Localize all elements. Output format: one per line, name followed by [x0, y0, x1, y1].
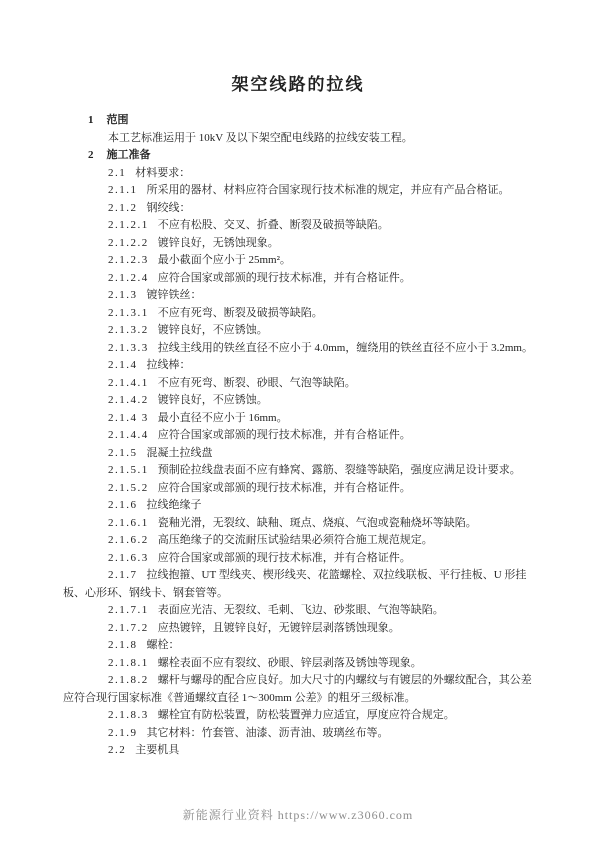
clause-text: 不应有死弯、断裂、砂眼、气泡等缺陷。 — [158, 377, 356, 389]
document-paragraph: 2.1.5混凝土拉线盘 — [63, 445, 533, 463]
clause-number: 2.1.8.3 — [108, 709, 149, 721]
clause-text: 螺栓： — [147, 639, 180, 651]
clause-number: 2.1.3.1 — [108, 307, 149, 319]
clause-number: 2.1.2.1 — [108, 219, 149, 231]
document-paragraph: 2.1.6.3应符合国家或部颁的现行技术标准，并有合格证件。 — [63, 550, 533, 568]
clause-text: 最小直径不应小于 16mm。 — [158, 412, 288, 424]
document-paragraph: 2.1.4.1不应有死弯、断裂、砂眼、气泡等缺陷。 — [63, 375, 533, 393]
document-paragraph: 2.1.3.1不应有死弯、断裂及破损等缺陷。 — [63, 305, 533, 323]
clause-number: 2.1.2 — [108, 202, 138, 214]
document-paragraph: 2.1.2.2镀锌良好，无锈蚀现象。 — [63, 235, 533, 253]
clause-number: 2.1.4 3 — [108, 412, 149, 424]
document-paragraph: 2.1.2.1不应有松股、交叉、折叠、断裂及破损等缺陷。 — [63, 217, 533, 235]
document-paragraph: 2.1.5.1预制砼拉线盘表面不应有蜂窝、露筋、裂缝等缺陷，强度应满足设计要求。 — [63, 462, 533, 480]
document-paragraph: 2.1.8.1螺栓表面不应有裂纹、砂眼、锌层剥落及锈蚀等现象。 — [63, 655, 533, 673]
clause-number: 2.1.1 — [108, 184, 138, 196]
clause-text: 施工准备 — [107, 149, 151, 161]
clause-number: 2.2 — [108, 744, 126, 756]
document-paragraph: 2.1.8.3螺栓宜有防松装置，防松装置弹力应适宜，厚度应符合规定。 — [63, 707, 533, 725]
document-paragraph: 2.1.8螺栓： — [63, 637, 533, 655]
document-paragraph: 2.1.8.2螺杆与螺母的配合应良好。加大尺寸的内螺纹与有镀层的外螺纹配合，其公… — [63, 672, 533, 707]
document-paragraph: 2.1.9其它材料：竹套管、油漆、沥青油、玻璃丝布等。 — [63, 725, 533, 743]
clause-text: 所采用的器材、材料应符合国家现行技术标准的规定，并应有产品合格证。 — [147, 184, 510, 196]
clause-text: 范围 — [107, 114, 129, 126]
document-paragraph: 2.1.7.2应热镀锌，且镀锌良好，无镀锌层剥落锈蚀现象。 — [63, 620, 533, 638]
clause-text: 镀锌良好，无锈蚀现象。 — [158, 237, 279, 249]
clause-text: 预制砼拉线盘表面不应有蜂窝、露筋、裂缝等缺陷，强度应满足设计要求。 — [158, 464, 521, 476]
clause-number: 2.1.6.3 — [108, 552, 149, 564]
clause-number: 2.1.6 — [108, 499, 138, 511]
document-paragraph: 1范围 — [63, 112, 533, 130]
clause-number: 2.1 — [108, 167, 126, 179]
clause-text: 镀锌良好，不应锈蚀。 — [158, 394, 268, 406]
clause-number: 2.1.4.4 — [108, 429, 149, 441]
clause-number: 2.1.3 — [108, 289, 138, 301]
document-paragraph: 本工艺标准运用于 10kV 及以下架空配电线路的拉线安装工程。 — [63, 130, 533, 148]
document-paragraph: 2.1.3.3拉线主线用的铁丝直径不应小于 4.0mm，缠绕用的铁丝直径不应小于… — [63, 340, 533, 358]
clause-text: 镀锌铁丝： — [147, 289, 202, 301]
clause-text: 拉线棒： — [147, 359, 191, 371]
clause-text: 其它材料：竹套管、油漆、沥青油、玻璃丝布等。 — [147, 727, 389, 739]
clause-text: 应符合国家或部颁的现行技术标准，并有合格证件。 — [158, 552, 411, 564]
clause-number: 2.1.8.1 — [108, 657, 149, 669]
clause-number: 2.1.9 — [108, 727, 138, 739]
clause-text: 表面应光洁、无裂纹、毛刺、飞边、砂浆眼、气泡等缺陷。 — [158, 604, 444, 616]
document-paragraph: 2.2主要机具 — [63, 742, 533, 760]
clause-number: 2.1.4 — [108, 359, 138, 371]
clause-number: 2.1.2.2 — [108, 237, 149, 249]
document-paragraph: 2.1材料要求： — [63, 165, 533, 183]
page-title: 架空线路的拉线 — [63, 74, 533, 96]
clause-text: 应符合国家或部颁的现行技术标准，并有合格证件。 — [158, 429, 411, 441]
document-paragraph: 2.1.4.2镀锌良好，不应锈蚀。 — [63, 392, 533, 410]
clause-number: 2.1.5 — [108, 447, 138, 459]
clause-number: 2.1.2.3 — [108, 254, 149, 266]
clause-text: 不应有松股、交叉、折叠、断裂及破损等缺陷。 — [158, 219, 389, 231]
clause-text: 瓷釉光滑，无裂纹、缺釉、斑点、烧痕、气泡或瓷釉烧坏等缺陷。 — [158, 517, 477, 529]
document-paragraph: 2.1.2.4应符合国家或部颁的现行技术标准，并有合格证件。 — [63, 270, 533, 288]
clause-number: 2.1.3.2 — [108, 324, 149, 336]
document-paragraph: 2.1.7拉线抱箍、UT 型线夹、楔形线夹、花篮螺栓、双拉线联板、平行挂板、U … — [63, 567, 533, 602]
clause-text: 应热镀锌，且镀锌良好，无镀锌层剥落锈蚀现象。 — [158, 622, 400, 634]
clause-text: 不应有死弯、断裂及破损等缺陷。 — [158, 307, 323, 319]
clause-number: 2.1.6.2 — [108, 534, 149, 546]
document-body: 1范围本工艺标准运用于 10kV 及以下架空配电线路的拉线安装工程。2施工准备2… — [63, 112, 533, 760]
clause-text: 材料要求： — [135, 167, 190, 179]
clause-text: 镀锌良好，不应锈蚀。 — [158, 324, 268, 336]
document-page: 架空线路的拉线 1范围本工艺标准运用于 10kV 及以下架空配电线路的拉线安装工… — [0, 0, 596, 842]
clause-number: 2.1.6.1 — [108, 517, 149, 529]
document-paragraph: 2.1.2钢绞线： — [63, 200, 533, 218]
clause-text: 螺栓宜有防松装置，防松装置弹力应适宜，厚度应符合规定。 — [158, 709, 455, 721]
footer-watermark: 新能源行业资料 https://www.z3060.com — [0, 806, 596, 823]
document-paragraph: 2.1.4 3最小直径不应小于 16mm。 — [63, 410, 533, 428]
clause-text: 混凝土拉线盘 — [147, 447, 213, 459]
document-paragraph: 2.1.6拉线绝缘子 — [63, 497, 533, 515]
clause-text: 拉线主线用的铁丝直径不应小于 4.0mm，缠绕用的铁丝直径不应小于 3.2mm。 — [158, 342, 533, 354]
document-content: 架空线路的拉线 1范围本工艺标准运用于 10kV 及以下架空配电线路的拉线安装工… — [63, 74, 533, 760]
clause-number: 2 — [88, 149, 94, 161]
clause-number: 2.1.5.1 — [108, 464, 149, 476]
document-paragraph: 2.1.7.1表面应光洁、无裂纹、毛刺、飞边、砂浆眼、气泡等缺陷。 — [63, 602, 533, 620]
document-paragraph: 2.1.2.3最小截面个应小于 25mm²。 — [63, 252, 533, 270]
clause-number: 1 — [88, 114, 94, 126]
document-paragraph: 2.1.4.4应符合国家或部颁的现行技术标准，并有合格证件。 — [63, 427, 533, 445]
clause-text: 拉线绝缘子 — [147, 499, 202, 511]
document-paragraph: 2.1.5.2应符合国家或部颁的现行技术标准，并有合格证件。 — [63, 480, 533, 498]
document-paragraph: 2.1.4拉线棒： — [63, 357, 533, 375]
clause-text: 应符合国家或部颁的现行技术标准，并有合格证件。 — [158, 482, 411, 494]
document-paragraph: 2施工准备 — [63, 147, 533, 165]
clause-number: 2.1.4.1 — [108, 377, 149, 389]
clause-text: 螺栓表面不应有裂纹、砂眼、锌层剥落及锈蚀等现象。 — [158, 657, 422, 669]
document-paragraph: 2.1.6.2高压绝缘子的交流耐压试验结果必须符合施工规范规定。 — [63, 532, 533, 550]
clause-number: 2.1.7.2 — [108, 622, 149, 634]
clause-number: 2.1.4.2 — [108, 394, 149, 406]
clause-number: 2.1.8 — [108, 639, 138, 651]
document-paragraph: 2.1.6.1瓷釉光滑，无裂纹、缺釉、斑点、烧痕、气泡或瓷釉烧坏等缺陷。 — [63, 515, 533, 533]
clause-text: 本工艺标准运用于 10kV 及以下架空配电线路的拉线安装工程。 — [108, 132, 413, 144]
clause-text: 高压绝缘子的交流耐压试验结果必须符合施工规范规定。 — [158, 534, 433, 546]
clause-number: 2.1.3.3 — [108, 342, 149, 354]
document-paragraph: 2.1.3.2镀锌良好，不应锈蚀。 — [63, 322, 533, 340]
clause-number: 2.1.5.2 — [108, 482, 149, 494]
clause-number: 2.1.2.4 — [108, 272, 149, 284]
clause-text: 应符合国家或部颁的现行技术标准，并有合格证件。 — [158, 272, 411, 284]
clause-number: 2.1.7.1 — [108, 604, 149, 616]
clause-number: 2.1.7 — [108, 569, 138, 581]
clause-number: 2.1.8.2 — [108, 674, 149, 686]
clause-text: 钢绞线： — [147, 202, 191, 214]
document-paragraph: 2.1.1所采用的器材、材料应符合国家现行技术标准的规定，并应有产品合格证。 — [63, 182, 533, 200]
clause-text: 最小截面个应小于 25mm²。 — [158, 254, 291, 266]
clause-text: 主要机具 — [135, 744, 179, 756]
document-paragraph: 2.1.3镀锌铁丝： — [63, 287, 533, 305]
